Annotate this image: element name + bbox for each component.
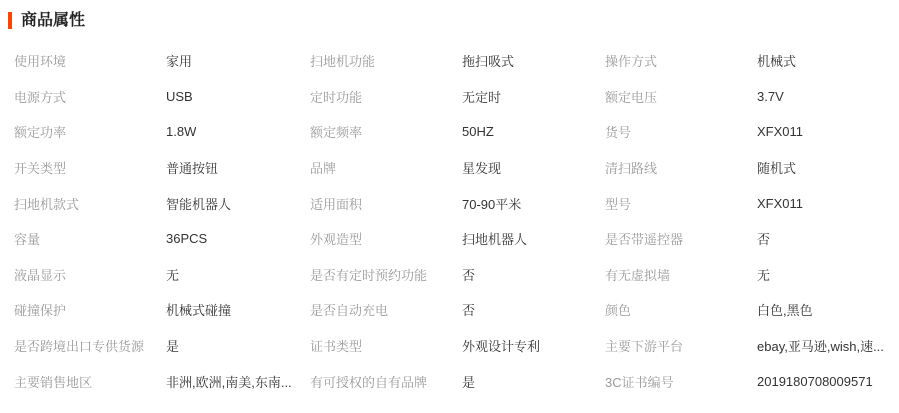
attribute-label: 碰撞保护: [14, 300, 166, 319]
attribute-value: 外观设计专利: [462, 336, 540, 355]
attribute-value: 拖扫吸式: [462, 51, 514, 70]
attribute-value: 1.8W: [166, 124, 196, 139]
product-attributes-panel: 商品属性 使用环境 家用 扫地机功能 拖扫吸式 操作方式 机械式 电源方式 US…: [0, 0, 899, 413]
attribute-value: ebay,亚马逊,wish,速...: [757, 336, 884, 355]
attribute-label: 3C证书编号: [605, 372, 757, 391]
attribute-cell: 主要下游平台 ebay,亚马逊,wish,速...: [591, 336, 899, 355]
section-header: 商品属性: [0, 0, 899, 30]
attribute-label: 额定功率: [14, 122, 166, 141]
attribute-cell: 扫地机功能 拖扫吸式: [296, 51, 591, 70]
attribute-cell: 容量 36PCS: [0, 229, 296, 248]
attribute-cell: 是否跨境出口专供货源 是: [0, 336, 296, 355]
attribute-label: 扫地机款式: [14, 194, 166, 213]
attribute-row: 主要销售地区 非洲,欧洲,南美,东南... 有可授权的自有品牌 是 3C证书编号…: [0, 363, 899, 399]
attribute-label: 使用环境: [14, 51, 166, 70]
attribute-cell: 操作方式 机械式: [591, 51, 899, 70]
attribute-value: XFX011: [757, 124, 803, 139]
attribute-row: 开关类型 普通按钮 品牌 星发现 清扫路线 随机式: [0, 150, 899, 186]
attribute-value: 70-90平米: [462, 194, 521, 213]
attribute-label: 适用面积: [310, 194, 462, 213]
attribute-cell: 电源方式 USB: [0, 87, 296, 106]
attribute-cell: 定时功能 无定时: [296, 87, 591, 106]
attribute-value: 家用: [166, 51, 192, 70]
attribute-label: 外观造型: [310, 229, 462, 248]
attribute-label: 扫地机功能: [310, 51, 462, 70]
attribute-cell: 是否有定时预约功能 否: [296, 265, 591, 284]
attribute-cell: 额定功率 1.8W: [0, 122, 296, 141]
attribute-label: 开关类型: [14, 158, 166, 177]
attribute-label: 品牌: [310, 158, 462, 177]
attribute-label: 有可授权的自有品牌: [310, 372, 462, 391]
attribute-label: 是否有定时预约功能: [310, 265, 462, 284]
attributes-table: 使用环境 家用 扫地机功能 拖扫吸式 操作方式 机械式 电源方式 USB 定时功…: [0, 43, 899, 399]
attribute-cell: 适用面积 70-90平米: [296, 194, 591, 213]
attribute-label: 清扫路线: [605, 158, 757, 177]
attribute-label: 主要销售地区: [14, 372, 166, 391]
attribute-cell: 清扫路线 随机式: [591, 158, 899, 177]
attribute-row: 使用环境 家用 扫地机功能 拖扫吸式 操作方式 机械式: [0, 43, 899, 79]
attribute-row: 是否跨境出口专供货源 是 证书类型 外观设计专利 主要下游平台 ebay,亚马逊…: [0, 328, 899, 364]
attribute-row: 额定功率 1.8W 额定频率 50HZ 货号 XFX011: [0, 114, 899, 150]
attribute-value: 无: [757, 265, 770, 284]
attribute-cell: 是否自动充电 否: [296, 300, 591, 319]
attribute-cell: 3C证书编号 2019180708009571: [591, 372, 899, 391]
attribute-value: 随机式: [757, 158, 796, 177]
attribute-value: 是: [462, 372, 475, 391]
attribute-row: 扫地机款式 智能机器人 适用面积 70-90平米 型号 XFX011: [0, 185, 899, 221]
attribute-value: 否: [462, 265, 475, 284]
attribute-value: 否: [462, 300, 475, 319]
attribute-cell: 使用环境 家用: [0, 51, 296, 70]
attribute-value: 机械式碰撞: [166, 300, 231, 319]
attribute-cell: 颜色 白色,黑色: [591, 300, 899, 319]
attribute-value: 星发现: [462, 158, 501, 177]
attribute-label: 是否跨境出口专供货源: [14, 336, 166, 355]
attribute-label: 型号: [605, 194, 757, 213]
attribute-value: 非洲,欧洲,南美,东南...: [166, 372, 292, 391]
attribute-label: 额定电压: [605, 87, 757, 106]
attribute-value: 36PCS: [166, 231, 207, 246]
accent-bar: [8, 12, 12, 29]
attribute-label: 电源方式: [14, 87, 166, 106]
attribute-value: 3.7V: [757, 89, 784, 104]
attribute-row: 碰撞保护 机械式碰撞 是否自动充电 否 颜色 白色,黑色: [0, 292, 899, 328]
attribute-cell: 是否带遥控器 否: [591, 229, 899, 248]
attribute-label: 货号: [605, 122, 757, 141]
attribute-value: 否: [757, 229, 770, 248]
attribute-label: 证书类型: [310, 336, 462, 355]
attribute-cell: 有无虚拟墙 无: [591, 265, 899, 284]
attribute-value: USB: [166, 89, 193, 104]
attribute-cell: 额定频率 50HZ: [296, 122, 591, 141]
attribute-label: 颜色: [605, 300, 757, 319]
attribute-row: 液晶显示 无 是否有定时预约功能 否 有无虚拟墙 无: [0, 257, 899, 293]
attribute-value: 无定时: [462, 87, 501, 106]
attribute-label: 操作方式: [605, 51, 757, 70]
attribute-value: XFX011: [757, 196, 803, 211]
attribute-cell: 有可授权的自有品牌 是: [296, 372, 591, 391]
attribute-cell: 证书类型 外观设计专利: [296, 336, 591, 355]
attribute-value: 2019180708009571: [757, 374, 873, 389]
attribute-cell: 品牌 星发现: [296, 158, 591, 177]
attribute-cell: 扫地机款式 智能机器人: [0, 194, 296, 213]
attribute-cell: 液晶显示 无: [0, 265, 296, 284]
attribute-row: 容量 36PCS 外观造型 扫地机器人 是否带遥控器 否: [0, 221, 899, 257]
attribute-cell: 额定电压 3.7V: [591, 87, 899, 106]
attribute-value: 扫地机器人: [462, 229, 527, 248]
attribute-cell: 主要销售地区 非洲,欧洲,南美,东南...: [0, 372, 296, 391]
attribute-label: 是否自动充电: [310, 300, 462, 319]
section-title: 商品属性: [21, 11, 85, 30]
attribute-value: 无: [166, 265, 179, 284]
attribute-cell: 开关类型 普通按钮: [0, 158, 296, 177]
attribute-value: 是: [166, 336, 179, 355]
attribute-label: 容量: [14, 229, 166, 248]
attribute-label: 是否带遥控器: [605, 229, 757, 248]
attribute-value: 白色,黑色: [757, 300, 813, 319]
attribute-label: 有无虚拟墙: [605, 265, 757, 284]
attribute-row: 电源方式 USB 定时功能 无定时 额定电压 3.7V: [0, 79, 899, 115]
attribute-value: 50HZ: [462, 124, 494, 139]
attribute-value: 机械式: [757, 51, 796, 70]
attribute-cell: 货号 XFX011: [591, 122, 899, 141]
attribute-label: 主要下游平台: [605, 336, 757, 355]
attribute-label: 定时功能: [310, 87, 462, 106]
attribute-value: 普通按钮: [166, 158, 218, 177]
attribute-label: 液晶显示: [14, 265, 166, 284]
attribute-cell: 外观造型 扫地机器人: [296, 229, 591, 248]
attribute-cell: 碰撞保护 机械式碰撞: [0, 300, 296, 319]
attribute-value: 智能机器人: [166, 194, 231, 213]
attribute-label: 额定频率: [310, 122, 462, 141]
attribute-cell: 型号 XFX011: [591, 194, 899, 213]
